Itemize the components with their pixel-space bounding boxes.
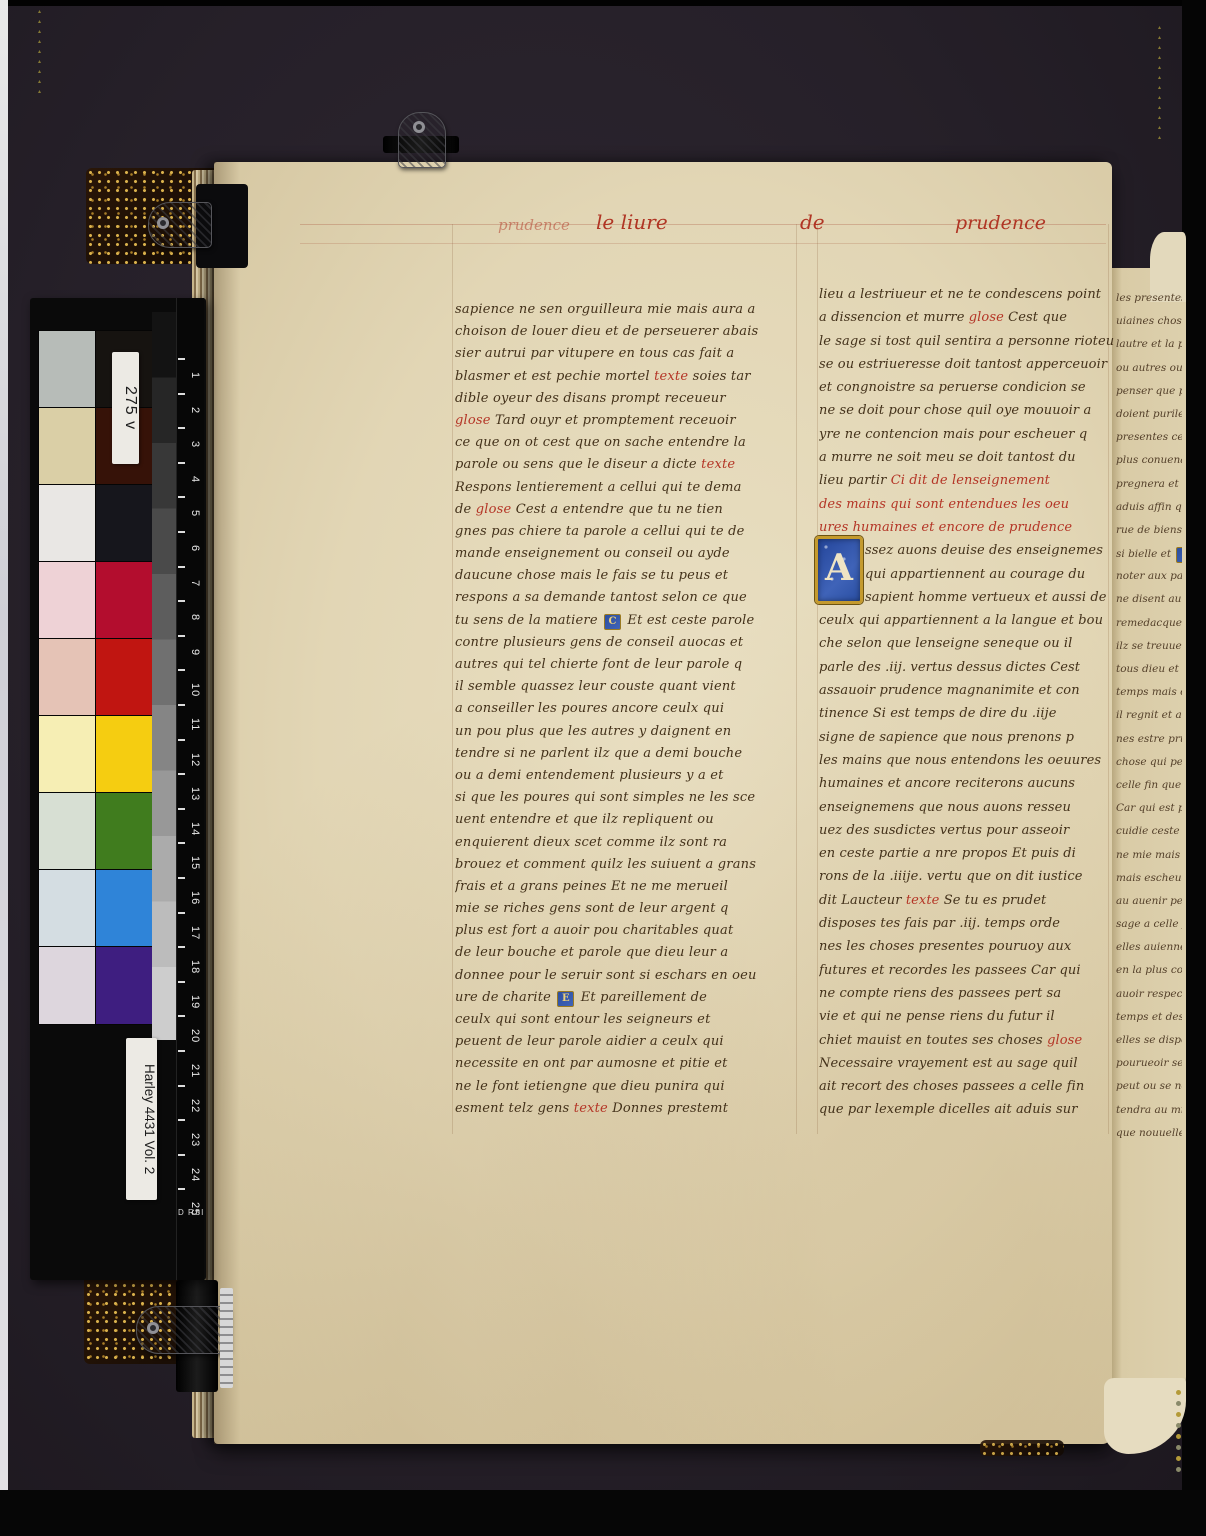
rubric-text: glose xyxy=(455,413,491,428)
ruler-number: 1 xyxy=(185,372,201,379)
manuscript-line: a conseiller les poures ancore ceulx qui xyxy=(455,701,803,723)
film-dot xyxy=(1176,1401,1181,1406)
text-run: parle des .iij. vertus dessus dictes Ces… xyxy=(819,660,1080,675)
manuscript-line: lieu partir Ci dit de lenseignement xyxy=(819,473,1117,496)
ruler-tick xyxy=(178,773,185,775)
text-run: esment telz gens xyxy=(455,1101,574,1116)
ruler-number: 16 xyxy=(185,891,201,905)
binder-clip-top xyxy=(398,112,446,168)
manuscript-line: enquierent dieux scet comme ilz sont ra xyxy=(455,835,803,857)
ruler-tick xyxy=(178,808,185,810)
ruler-number: 11 xyxy=(185,718,201,731)
text-run: uez des susdictes vertus pour asseoir xyxy=(819,823,1069,838)
rubric-text: des mains qui sont entendues les oeu xyxy=(819,497,1069,512)
manuscript-line: uiaines choses xyxy=(1116,315,1182,338)
illuminated-initial-small: I xyxy=(1176,547,1182,563)
text-run: nes estre pruden xyxy=(1116,733,1182,745)
text-run: en ceste partie a nre propos Et puis di xyxy=(819,846,1076,861)
text-run: temps et des con xyxy=(1116,1011,1182,1023)
ruler-number: 22 xyxy=(185,1099,201,1113)
ruler-tick xyxy=(178,669,185,671)
ruler-number: 13 xyxy=(185,787,201,801)
text-run: Cest a entendre que tu ne tien xyxy=(511,502,723,517)
manuscript-line: brouez et comment quilz les suiuent a gr… xyxy=(455,857,803,879)
manuscript-line: parole ou sens que le diseur a dicte tex… xyxy=(455,457,803,479)
text-run: le sage si tost quil sentira a personne … xyxy=(819,334,1114,349)
text-run: Donnes prestemt xyxy=(608,1101,728,1116)
manuscript-line: ne compte riens des passees pert sa xyxy=(819,986,1117,1009)
manuscript-line: se ou estriueresse doit tantost apperceu… xyxy=(819,357,1117,380)
manuscript-line: blasmer et est pechie mortel texte soies… xyxy=(455,369,803,391)
manuscript-line: mande enseignement ou conseil ou ayde xyxy=(455,546,803,568)
gilt-edge-bottom-right xyxy=(980,1440,1064,1456)
ruler-tick xyxy=(178,635,185,637)
text-run: sage a celle fin xyxy=(1116,918,1182,930)
rubric-text: glose xyxy=(476,502,512,517)
text-run: se ou estriueresse doit tantost apperceu… xyxy=(819,357,1107,372)
rubric-text: texte xyxy=(654,369,688,384)
grayscale-strip xyxy=(152,312,176,1040)
text-run: ceulx qui appartiennent a la langue et b… xyxy=(819,613,1103,628)
manuscript-line: auoir respect et au xyxy=(1116,988,1182,1011)
shelfmark-label: Harley 4431 Vol. 2 xyxy=(126,1038,157,1200)
text-run: che selon que lenseigne seneque ou il xyxy=(819,636,1072,651)
text-run: les mains que nous entendons les oeuures xyxy=(819,753,1101,768)
ruler-number: 7 xyxy=(185,580,201,587)
ruler-tick xyxy=(178,566,185,568)
text-run: celle fin que nu xyxy=(1116,779,1182,791)
text-run: auoir respect et au xyxy=(1116,988,1182,1000)
text-run: sapient homme vertueux et aussi de xyxy=(865,590,1107,605)
ruler-tick xyxy=(178,393,185,395)
manuscript-line: ssez auons deuise des enseignemes xyxy=(819,543,1117,566)
text-run: mande enseignement ou conseil ou ayde xyxy=(455,546,730,561)
ruler-tick xyxy=(178,739,185,741)
text-run: que nouuelles xyxy=(1116,1127,1182,1139)
ruler-number: 3 xyxy=(185,441,201,448)
text-run: ne le font ietiengne que dieu punira qui xyxy=(455,1079,725,1094)
manuscript-line: les mains que nous entendons les oeuures xyxy=(819,753,1117,776)
text-run: elles auiennent xyxy=(1116,941,1182,953)
ruler-tick xyxy=(178,877,185,879)
manuscript-line: presentes cest as xyxy=(1116,431,1182,454)
ruler-tick xyxy=(178,981,185,983)
illuminated-initial-large: A xyxy=(815,536,863,604)
text-run: signe de sapience que nous prenons p xyxy=(819,730,1074,745)
manuscript-line: chose qui peuent xyxy=(1116,756,1182,779)
ruler-number: 14 xyxy=(185,822,201,836)
manuscript-line: peuent de leur parole aidier a ceulx qui xyxy=(455,1034,803,1056)
color-patch xyxy=(38,638,97,717)
ruler-number: 21 xyxy=(185,1064,201,1078)
text-run: daucune chose mais le fais se tu peus et xyxy=(455,568,728,583)
manuscript-line: lieu a lestriueur et ne te condescens po… xyxy=(819,287,1117,310)
text-run: chose qui peuent xyxy=(1116,756,1182,768)
manuscript-line: doient purilet xyxy=(1116,408,1182,431)
manuscript-line: dit Laucteur texte Se tu es prudet xyxy=(819,893,1117,916)
manuscript-line: ou a demi entendement plusieurs y a et xyxy=(455,768,803,790)
manuscript-line: ne disent au te xyxy=(1116,593,1182,616)
film-edge-sliver xyxy=(0,0,8,1536)
manuscript-line: chiet mauist en toutes ses choses glose xyxy=(819,1033,1117,1056)
manuscript-line: pregnera et or xyxy=(1116,478,1182,501)
ruler-number: 2 xyxy=(185,407,201,414)
folio-number-label: 275 v xyxy=(112,352,139,464)
ruler-number: 18 xyxy=(185,960,201,974)
running-title-left: le liure xyxy=(596,210,668,234)
text-run: mais escheue xyxy=(1116,872,1182,884)
text-run: penser que par xyxy=(1116,385,1182,397)
text-run: que par lexemple dicelles ait aduis sur xyxy=(819,1102,1078,1117)
ruler-tick xyxy=(178,1050,185,1052)
text-run: parole ou sens que le diseur a dicte xyxy=(455,457,701,472)
color-patch xyxy=(38,484,97,563)
ruler-tick xyxy=(178,600,185,602)
manuscript-line: ne se doit pour chose quil oye mouuoir a xyxy=(819,403,1117,426)
color-patch xyxy=(38,330,97,409)
film-dot xyxy=(1176,1456,1181,1461)
header-catchword-faint: prudence xyxy=(498,216,570,234)
text-run: chiet mauist en toutes ses choses xyxy=(819,1033,1047,1048)
ruler-tick xyxy=(178,912,185,914)
film-dot xyxy=(1176,1445,1181,1450)
manuscript-line: ne mie mais att xyxy=(1116,849,1182,872)
text-run: noter aux par xyxy=(1116,570,1182,582)
ruler-tick xyxy=(178,842,185,844)
text-run: necessite en ont par aumosne et pitie et xyxy=(455,1056,728,1071)
text-run: doient purilet xyxy=(1116,408,1182,420)
text-run: lieu partir xyxy=(819,473,891,488)
text-run: autres qui tel chierte font de leur paro… xyxy=(455,657,742,672)
text-run: en la plus conue xyxy=(1116,964,1182,976)
ruler-tick xyxy=(178,462,185,464)
text-run: ssez auons deuise des enseignemes xyxy=(865,543,1103,558)
manuscript-line: esment telz gens texte Donnes prestemt xyxy=(455,1101,803,1123)
text-run: de xyxy=(455,502,476,517)
text-run: humaines et ancore reciterons aucuns xyxy=(819,776,1075,791)
manuscript-line: nes les choses presentes pouruoy aux xyxy=(819,939,1117,962)
manuscript-line: des mains qui sont entendues les oeu xyxy=(819,497,1117,520)
manuscript-line: le sage si tost quil sentira a personne … xyxy=(819,334,1117,357)
ruler-number: 19 xyxy=(185,995,201,1009)
text-run: tu sens de la matiere xyxy=(455,613,602,628)
text-run: et congnoistre sa peruerse condicion se xyxy=(819,380,1086,395)
manuscript-line: daucune chose mais le fais se tu peus et xyxy=(455,568,803,590)
manuscript-line: che selon que lenseigne seneque ou il xyxy=(819,636,1117,659)
text-run: choison de louer dieu et de perseuerer a… xyxy=(455,324,758,339)
manuscript-line: uez des susdictes vertus pour asseoir xyxy=(819,823,1117,846)
ruler-strip: 1234567891011121314151617181920212223242… xyxy=(176,298,204,1280)
manuscript-line: contre plusieurs gens de conseil auocas … xyxy=(455,635,803,657)
film-dot xyxy=(1176,1467,1181,1472)
manuscript-line: peut ou se non xyxy=(1116,1080,1182,1103)
manuscript-line: yre ne contencion mais pour escheuer q xyxy=(819,427,1117,450)
text-run: pourueoir se m xyxy=(1116,1057,1182,1069)
text-run: brouez et comment quilz les suiuent a gr… xyxy=(455,857,756,872)
color-patch xyxy=(95,792,154,871)
running-title-right: prudence xyxy=(955,212,1046,234)
text-run: frais et a grans peines Et ne me merueil xyxy=(455,879,728,894)
manuscript-line: ait recort des choses passees a celle fi… xyxy=(819,1079,1117,1102)
film-dot xyxy=(1176,1412,1181,1417)
text-run: ne se doit pour chose quil oye mouuoir a xyxy=(819,403,1091,418)
film-rebate-bottom xyxy=(0,1490,1206,1536)
text-run: ce que on ot cest que on sache entendre … xyxy=(455,435,746,450)
text-run: Et est ceste parole xyxy=(623,613,754,628)
color-patch xyxy=(38,869,97,948)
manuscript-line: autres qui tel chierte font de leur paro… xyxy=(455,657,803,679)
manuscript-line: mie se riches gens sont de leur argent q xyxy=(455,901,803,923)
text-run: rue de biens e xyxy=(1116,524,1182,536)
text-run: blasmer et est pechie mortel xyxy=(455,369,654,384)
color-patch xyxy=(95,638,154,717)
ruler-number: 6 xyxy=(185,545,201,552)
manuscript-line: ilz se treuuent en xyxy=(1116,640,1182,663)
text-run: contre plusieurs gens de conseil auocas … xyxy=(455,635,743,650)
manuscript-line: il semble quassez leur couste quant vien… xyxy=(455,679,803,701)
color-patch xyxy=(38,407,97,486)
manuscript-line: sage a celle fin xyxy=(1116,918,1182,941)
binder-clip-left xyxy=(148,202,212,248)
manuscript-line: Necessaire vrayement est au sage quil xyxy=(819,1056,1117,1079)
text-run: cuidie ceste chos xyxy=(1116,825,1182,837)
rubric-text: glose xyxy=(1047,1033,1082,1048)
ruler-end-label: D RSI xyxy=(178,1208,204,1217)
manuscript-line: parle des .iij. vertus dessus dictes Ces… xyxy=(819,660,1117,683)
ruler-tick xyxy=(178,1154,185,1156)
text-run: vie et qui ne pense riens du futur il xyxy=(819,1009,1055,1024)
color-patch xyxy=(95,946,154,1025)
ruler-tick xyxy=(178,1119,185,1121)
ruler-number: 23 xyxy=(185,1133,201,1147)
film-dot xyxy=(1176,1423,1181,1428)
text-run: Respons lentierement a cellui qui te dem… xyxy=(455,480,742,495)
manuscript-line: en la plus conue xyxy=(1116,964,1182,987)
text-run: rons de la .iiije. vertu que on dit iust… xyxy=(819,869,1083,884)
manuscript-line: si bielle et I xyxy=(1116,547,1182,570)
manuscript-line: ceulx qui sont entour les seigneurs et xyxy=(455,1012,803,1034)
text-run: si bielle et xyxy=(1116,548,1174,560)
manuscript-line: vie et qui ne pense riens du futur il xyxy=(819,1009,1117,1032)
ruled-line xyxy=(452,224,453,1134)
text-run: yre ne contencion mais pour escheuer q xyxy=(819,427,1087,442)
text-column-right: A lieu a lestriueur et ne te condescens … xyxy=(819,287,1117,1131)
manuscript-line: elles se dispose xyxy=(1116,1034,1182,1057)
manuscript-line: les presentes cau xyxy=(1116,292,1182,315)
text-run: aduis affin q xyxy=(1116,501,1182,513)
manuscript-line: enseignemens que nous auons resseu xyxy=(819,800,1117,823)
text-run: a conseiller les poures ancore ceulx qui xyxy=(455,701,724,716)
text-run: a dissencion et murre xyxy=(819,310,969,325)
color-patch xyxy=(38,561,97,640)
text-run: ou a demi entendement plusieurs y a et xyxy=(455,768,724,783)
manuscript-line: tinence Si est temps de dire du .iije xyxy=(819,706,1117,729)
manuscript-line: que par lexemple dicelles ait aduis sur xyxy=(819,1102,1117,1125)
manuscript-line: disposes tes fais par .iij. temps orde xyxy=(819,916,1117,939)
text-run: il regnit et a d xyxy=(1116,709,1182,721)
text-run: respons a sa demande tantost selon ce qu… xyxy=(455,590,747,605)
manuscript-line: en ceste partie a nre propos Et puis di xyxy=(819,846,1117,869)
manuscript-line: remedacquerir xyxy=(1116,617,1182,640)
text-run: ilz se treuuent en xyxy=(1116,640,1182,652)
manuscript-line: respons a sa demande tantost selon ce qu… xyxy=(455,590,803,612)
text-run: ou autres ou lu xyxy=(1116,362,1182,374)
ruler-number: 9 xyxy=(185,649,201,656)
text-run: futures et recordes les passees Car qui xyxy=(819,963,1081,978)
manuscript-line: ceulx qui appartiennent a la langue et b… xyxy=(819,613,1117,636)
color-patch xyxy=(95,869,154,948)
color-patch xyxy=(95,715,154,794)
text-run: dit Laucteur xyxy=(819,893,906,908)
manuscript-line: donnee pour le seruir sont si eschars en… xyxy=(455,968,803,990)
manuscript-line: sier autrui par vitupere en tous cas fai… xyxy=(455,346,803,368)
manuscript-line: un pou plus que les autres y daignent en xyxy=(455,724,803,746)
manuscript-line: qui appartiennent au courage du xyxy=(819,567,1117,590)
text-run: plus conuenable xyxy=(1116,454,1182,466)
manuscript-line: choison de louer dieu et de perseuerer a… xyxy=(455,324,803,346)
manuscript-line: celle fin que nu xyxy=(1116,779,1182,802)
color-patch xyxy=(38,792,97,871)
film-dot xyxy=(1176,1390,1181,1395)
text-run: assauoir prudence magnanimite et con xyxy=(819,683,1080,698)
text-run: tendre si ne parlent ilz que a demi bouc… xyxy=(455,746,742,761)
text-run: Tard ouyr et promptement receuoir xyxy=(491,413,736,428)
rubric-text: glose xyxy=(969,310,1004,325)
manuscript-line: ures humaines et encore de prudence xyxy=(819,520,1117,543)
manuscript-line: plus conuenable xyxy=(1116,454,1182,477)
manuscript-line: ure de charite E Et pareillement de xyxy=(455,990,803,1012)
text-run: gnes pas chiere ta parole a cellui qui t… xyxy=(455,524,745,539)
text-run: au auenir peu xyxy=(1116,895,1182,907)
manuscript-line: futures et recordes les passees Car qui xyxy=(819,963,1117,986)
ruler-number: 10 xyxy=(185,683,201,697)
manuscript-line: humaines et ancore reciterons aucuns xyxy=(819,776,1117,799)
ruler-tick xyxy=(178,496,185,498)
text-run: ait recort des choses passees a celle fi… xyxy=(819,1079,1084,1094)
manuscript-line: Car qui est pru xyxy=(1116,802,1182,825)
running-title-mid: de xyxy=(800,210,825,234)
ruler-number: 17 xyxy=(185,926,201,940)
text-run: temps mais ce xyxy=(1116,686,1182,698)
manuscript-line: gnes pas chiere ta parole a cellui qui t… xyxy=(455,524,803,546)
color-patch xyxy=(38,715,97,794)
text-run: ne mie mais att xyxy=(1116,849,1182,861)
text-run: mie se riches gens sont de leur argent q xyxy=(455,901,729,916)
manuscript-line: aduis affin q xyxy=(1116,501,1182,524)
ruler-number: 24 xyxy=(185,1168,201,1182)
text-run: disposes tes fais par .iij. temps orde xyxy=(819,916,1060,931)
manuscript-line: temps mais ce xyxy=(1116,686,1182,709)
text-run: qui appartiennent au courage du xyxy=(865,567,1085,582)
ruler-number: 8 xyxy=(185,614,201,621)
manuscript-line: uent entendre et que ilz repliquent ou xyxy=(455,812,803,834)
mini-scale-strip xyxy=(220,1288,233,1388)
ruler-tick xyxy=(178,1188,185,1190)
text-run: donnee pour le seruir sont si eschars en… xyxy=(455,968,757,983)
ruler-tick xyxy=(178,946,185,948)
text-run: soies tar xyxy=(688,369,750,384)
manuscript-line: cuidie ceste chos xyxy=(1116,825,1182,848)
manuscript-line: tendre si ne parlent ilz que a demi bouc… xyxy=(455,746,803,768)
text-run: enquierent dieux scet comme ilz sont ra xyxy=(455,835,727,850)
text-run: Se tu es prudet xyxy=(939,893,1046,908)
ruler-tick xyxy=(178,1015,185,1017)
text-run: Et pareillement de xyxy=(576,990,707,1005)
manuscript-line: necessite en ont par aumosne et pitie et xyxy=(455,1056,803,1078)
rubric-text: texte xyxy=(906,893,940,908)
text-run: ure de charite xyxy=(455,990,555,1005)
manuscript-line: plus est fort a auoir pou charitables qu… xyxy=(455,923,803,945)
film-dot xyxy=(1176,1434,1181,1439)
text-run: ne compte riens des passees pert sa xyxy=(819,986,1061,1001)
text-column-left: sapience ne sen orguilleura mie mais aur… xyxy=(455,302,803,1128)
ruler-number: 4 xyxy=(185,476,201,483)
manuscript-line: de leur bouche et parole que dieu leur a xyxy=(455,945,803,967)
color-patch xyxy=(95,561,154,640)
illuminated-initial-small: C xyxy=(604,614,621,630)
manuscript-line: et congnoistre sa peruerse condicion se xyxy=(819,380,1117,403)
ruler-tick xyxy=(178,427,185,429)
film-edge-marks-top-right: ▴▴▴▴▴▴▴▴▴▴▴▴ xyxy=(1156,24,1162,164)
manuscript-line: Respons lentierement a cellui qui te dem… xyxy=(455,480,803,502)
text-run: tous dieu et les h xyxy=(1116,663,1182,675)
manuscript-line: a dissencion et murre glose Cest que xyxy=(819,310,1117,333)
text-run: plus est fort a auoir pou charitables qu… xyxy=(455,923,733,938)
text-run: peuent de leur parole aidier a ceulx qui xyxy=(455,1034,724,1049)
text-run: Car qui est pru xyxy=(1116,802,1182,814)
text-run: ne disent au te xyxy=(1116,593,1182,605)
ruler-number: 5 xyxy=(185,510,201,517)
manuscript-line: glose Tard ouyr et promptement receuoir xyxy=(455,413,803,435)
text-run: presentes cest as xyxy=(1116,431,1182,443)
manuscript-line: a murre ne soit meu se doit tantost du xyxy=(819,450,1117,473)
manuscript-line: elles auiennent xyxy=(1116,941,1182,964)
manuscript-line: assauoir prudence magnanimite et con xyxy=(819,683,1117,706)
manuscript-line: rue de biens e xyxy=(1116,524,1182,547)
text-run: tendra au mieu xyxy=(1116,1104,1182,1116)
manuscript-line: pourueoir se m xyxy=(1116,1057,1182,1080)
manuscript-line: penser que par xyxy=(1116,385,1182,408)
ruler-tick xyxy=(178,704,185,706)
text-run: nes les choses presentes pouruoy aux xyxy=(819,939,1071,954)
manuscript-line: ou autres ou lu xyxy=(1116,362,1182,385)
manuscript-line: tendra au mieu xyxy=(1116,1104,1182,1127)
text-run: Cest que xyxy=(1004,310,1067,325)
gutter-shadow xyxy=(214,162,240,1444)
text-run: sapience ne sen orguilleura mie mais aur… xyxy=(455,302,755,317)
text-run: de leur bouche et parole que dieu leur a xyxy=(455,945,728,960)
ruler-tick xyxy=(178,531,185,533)
manuscript-line: ce que on ot cest que on sache entendre … xyxy=(455,435,803,457)
text-run: peut ou se non xyxy=(1116,1080,1182,1092)
ruled-line xyxy=(817,224,818,1134)
color-patch xyxy=(95,484,154,563)
ruler-tick xyxy=(178,358,185,360)
manuscript-line: lautre et la pa xyxy=(1116,338,1182,361)
manuscript-line: au auenir peu xyxy=(1116,895,1182,918)
manuscript-line: nes estre pruden xyxy=(1116,733,1182,756)
ruler-tick xyxy=(178,1085,185,1087)
manuscript-line: de glose Cest a entendre que tu ne tien xyxy=(455,502,803,524)
manuscript-line: tu sens de la matiere C Et est ceste par… xyxy=(455,613,803,635)
text-run: dible oyeur des disans prompt receueur xyxy=(455,391,726,406)
text-run: a murre ne soit meu se doit tantost du xyxy=(819,450,1076,465)
manuscript-line: mais escheue gl xyxy=(1116,872,1182,895)
manuscript-line: sapient homme vertueux et aussi de xyxy=(819,590,1117,613)
text-run: si que les poures qui sont simples ne le… xyxy=(455,790,755,805)
text-run: enseignemens que nous auons resseu xyxy=(819,800,1071,815)
manuscript-line: sapience ne sen orguilleura mie mais aur… xyxy=(455,302,803,324)
